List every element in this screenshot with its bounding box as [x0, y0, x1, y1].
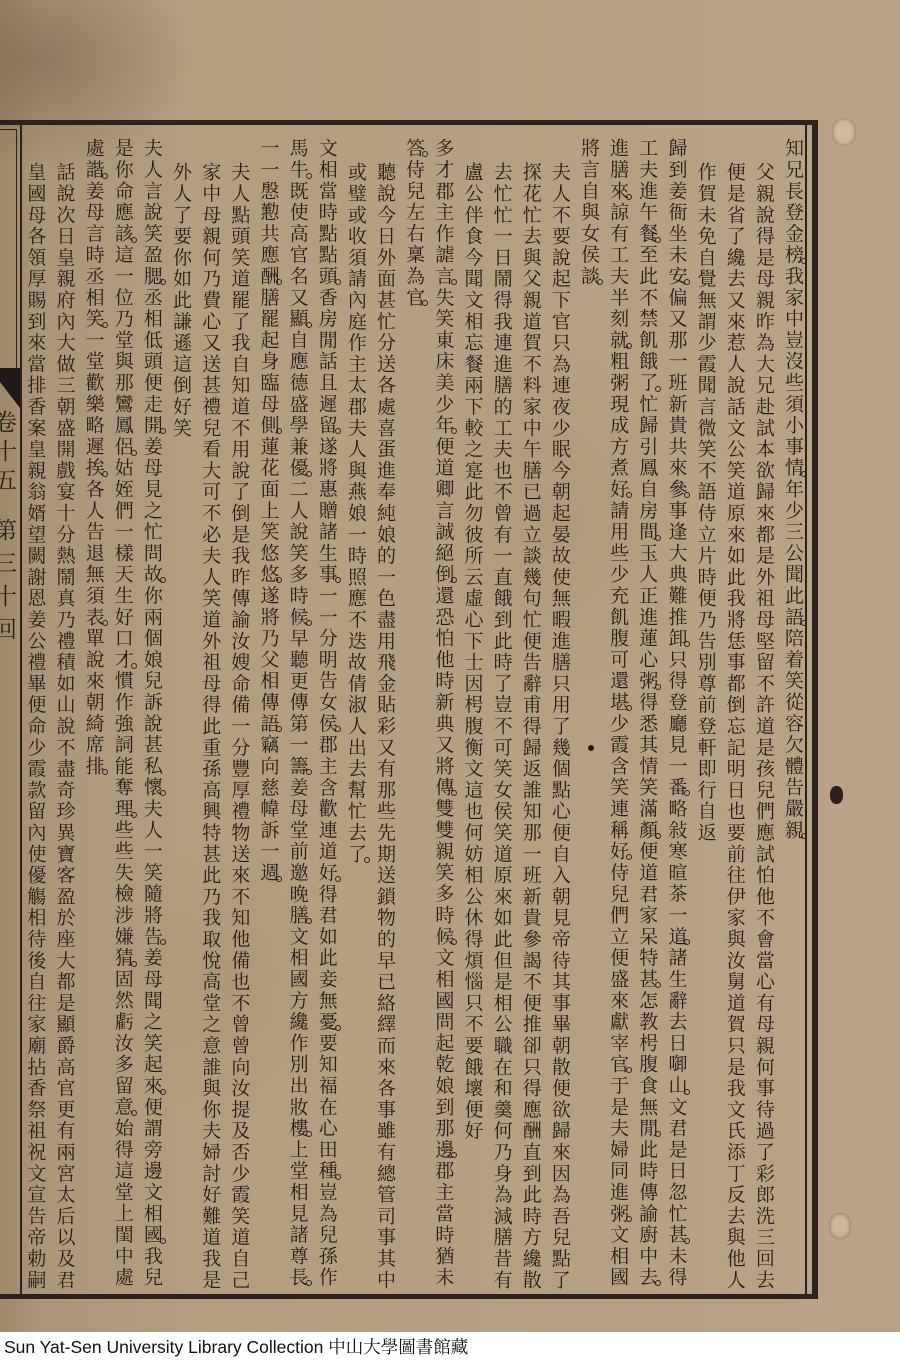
text-column: 夫人點頭笑道罷了我自知道不用說了倒是我昨傳諭汝嫂命備一分豐厚禮物送來不知他備也不…	[224, 136, 253, 1291]
banxin-title-box	[0, 129, 17, 369]
binding-hole	[832, 118, 856, 146]
text-column: 歸到姜衙坐未安偏又那一班新貴共來參事逢大典難推卸只得登廳見一番略敍寒暄茶一道諸生…	[661, 136, 690, 1288]
text-column: 外人了要你如此謙遜這倒好笑	[166, 136, 195, 439]
text-column: 便是省了纔去又來惹人說話文公笑道原來如此我將恁事都倒忘記明日也要前往伊家與汝舅道…	[720, 136, 749, 1291]
text-column: 夫人不要說起下官只為連夜少眠今朝起晏故使無暇進膳只用了幾個點心便自入朝見帝待其事…	[545, 136, 574, 1291]
text-column: 話說次日皇親府內大做三朝盛開戲宴十分熱鬧真乃禮積如山說不盡奇珍異寶客盈於座大都是…	[49, 136, 78, 1291]
text-column: 馬牛既使高官名又顯自應德盛學兼優二人說笑多時候早聽更傳第一籌姜母堂前邀晚膳文相國…	[282, 136, 311, 1288]
text-column: 進膳來諒有工夫半刻就粗粥現成方煮好請用些少充飢腹可還堪少霞含笑連稱好侍兒們立便盛…	[603, 136, 632, 1288]
collection-credit-bar: Sun Yat-Sen University Library Collectio…	[0, 1332, 900, 1362]
fishtail-mark-icon	[0, 368, 20, 408]
text-column: 一一慇懃共應酬膳罷起身臨母側蓮花面上笑悠悠遂將乃父相傳語竊向慈幃訴一週	[253, 136, 282, 884]
banxin-chapter: 第三十回	[0, 518, 15, 650]
text-column: 作賀未免自覺無謂少霞聞言微笑不語侍立片時便乃告別尊前登軒即行自返	[690, 136, 719, 844]
frame-bottom-border	[0, 1294, 818, 1299]
banxin-volume: 卷十五	[0, 410, 15, 497]
text-column: 夫人言說笑盈腮丞相低頭便走開姜母見之忙問故你兩個娘兒訴說甚私懷夫人一笑隨將告姜母…	[137, 136, 166, 1288]
text-body: 知兄長登金榜我家中豈沒些須小事情年少三公聞此語陪着笑從容欠體告嚴親 父親說得是母…	[20, 136, 807, 1291]
text-column: 或璧或收須請內庭作主太郡夫人與燕娘一時照應不迭故倩淑人出去幫忙去了	[341, 136, 370, 865]
text-column: 探花忙去與父親道賀不料家中午膳已過立談幾句忙便告辭甫得歸返誰知那一班新貴參謁不便…	[516, 136, 545, 1291]
text-column: 盧公伴食今聞文相忘餐兩下較之寔此勿彼所云虛心下士因枵腹衡文這也何妨相公休得煩惱只…	[457, 136, 486, 1142]
collection-credit-text: Sun Yat-Sen University Library Collectio…	[4, 1332, 468, 1362]
text-column: 父親說得是母親昨為大兄赴試本欲歸來都是外祖母堅留不許道是孩兒們應試怕他不會當心有…	[749, 136, 778, 1291]
binding-hole	[830, 786, 843, 804]
text-column: 將言自與女侯談	[574, 136, 603, 287]
text-column: 答侍兒左右稟為官	[399, 136, 428, 308]
frame-top-border	[0, 120, 818, 125]
text-column: 皇國母各領厚賜到來當排香案皇親翁婿望闕謝恩姜公禮畢便命少霞款留內使優觴相待後自往…	[20, 136, 49, 1291]
text-column: 聽說今日外面甚忙分送各處喜蛋進奉純娘的一色盡用飛金貼彩又有那些先期送鎖物的早已絡…	[370, 136, 399, 1291]
text-column: 文相當時點點頭香房閒話且遲留遂將惠贈諸生事一一分明告女侯郡主含歡連道好得君如此妾…	[312, 136, 341, 1288]
text-column: 家中母親何乃費心又送甚禮兒看大可不必夫人笑道外祖母得此重孫高興特甚此乃我取悅高堂…	[195, 136, 224, 1291]
text-column: 是你命應該這一位乃堂與那鸞鳳侶姑姪們一樣天生好口才慣作強詞能奪理些些失檢涉嫌猜固…	[108, 136, 137, 1288]
text-column: 知兄長登金榜我家中豈沒些須小事情年少三公聞此語陪着笑從容欠體告嚴親	[778, 136, 807, 841]
text-column: 處諧姜母言時丞相笑一堂歡樂略遲挨各人告退無須表單說來朝綺席排	[78, 136, 107, 777]
text-column: 工夫進午餐至此不禁飢餓了忙歸引鳳自房間玉人正進蓮心粥得悉其情笑滿顏便道君家呆特甚…	[632, 136, 661, 1288]
frame-right-border	[812, 120, 818, 1299]
binding-hole	[829, 1213, 851, 1239]
text-column: 去忙忙一日鬧得我連進膳的工夫也不曾有一直餓到此時了豈不可笑女侯笑道原來如此但是相…	[486, 136, 515, 1291]
text-column: 多才郡主作謔言失笑東床美少年便道卿言誠絕倒還恐怕他時新典又將傳雙雙親笑多時候文相…	[428, 136, 457, 1288]
